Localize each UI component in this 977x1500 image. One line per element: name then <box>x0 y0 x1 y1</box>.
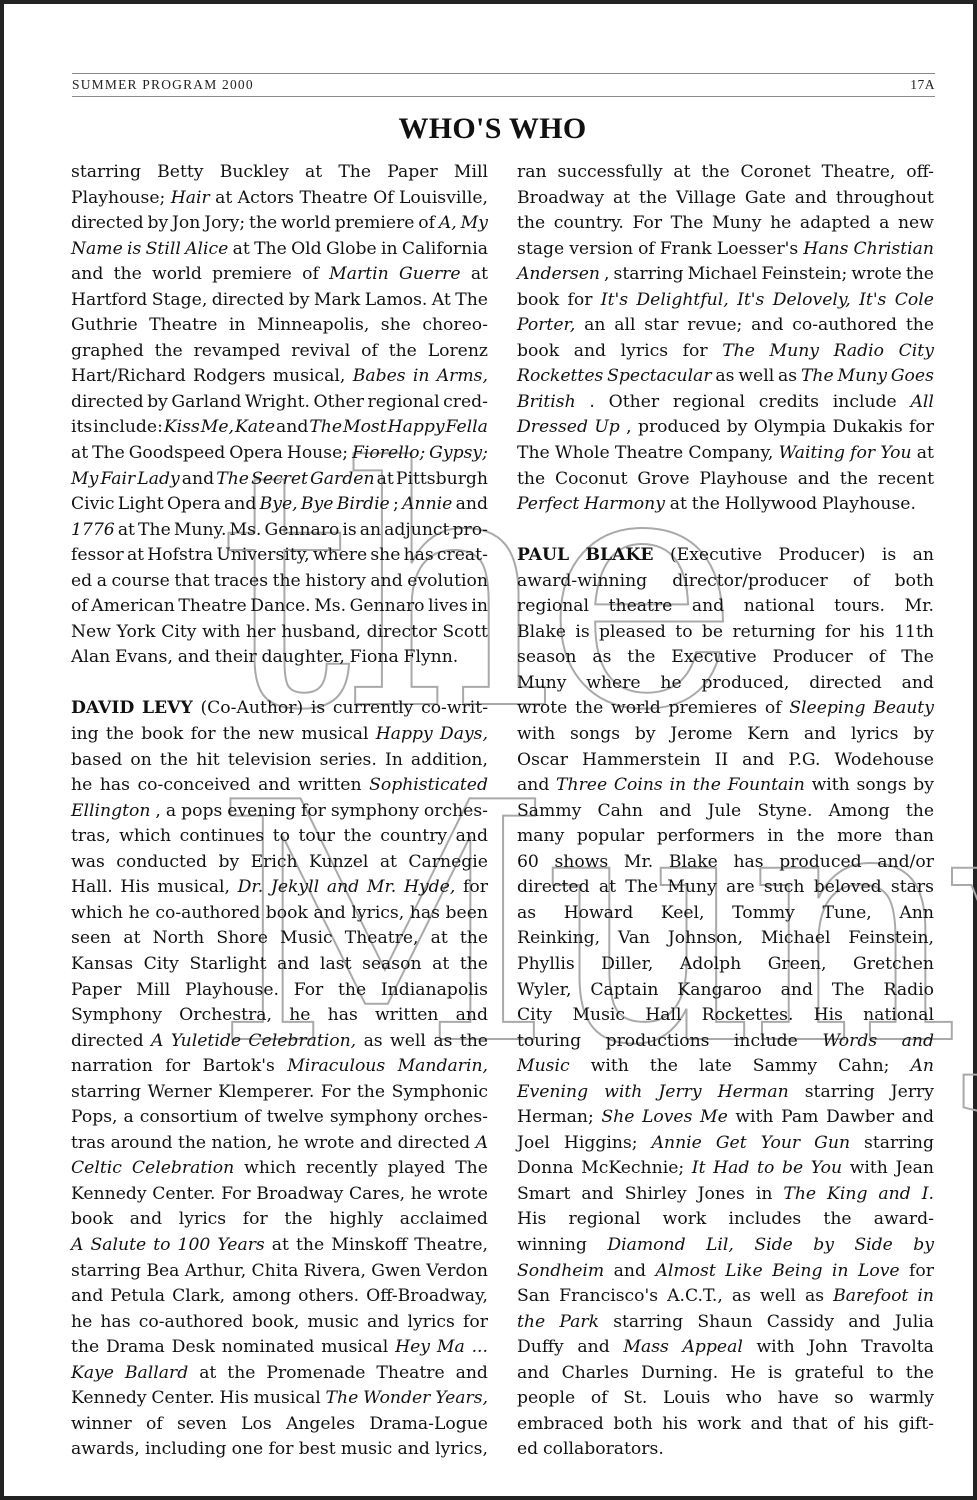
word: in <box>756 1182 773 1208</box>
word: of <box>638 237 655 263</box>
word: collaborators. <box>543 1437 664 1463</box>
word: Feinstein, <box>848 926 934 952</box>
show-title-word: Gun <box>814 1131 850 1157</box>
word: songs <box>856 773 906 799</box>
word: City <box>161 620 196 646</box>
word: co-conceived <box>138 773 251 799</box>
text-line: DuffyandMassAppealwithJohnTravolta <box>517 1335 934 1361</box>
text-line: narrationforBartok'sMiraculousMandarin, <box>71 1054 488 1080</box>
word: Producer) <box>779 543 866 569</box>
word: has <box>404 543 434 569</box>
word: The <box>254 237 287 263</box>
word: world <box>611 696 661 722</box>
word: he <box>277 1131 298 1157</box>
text-line: PaperMillPlayhouse.FortheIndianapolis <box>71 978 488 1004</box>
word: Captain <box>590 978 658 1004</box>
show-title-word: Still <box>146 237 181 263</box>
word: the <box>155 339 183 365</box>
show-title-word: You <box>811 1156 842 1182</box>
page-title: WHO'S WHO <box>4 112 977 146</box>
word: nominated <box>222 1335 315 1361</box>
word: musical <box>254 1386 321 1412</box>
word: and <box>577 1335 609 1361</box>
show-title-word: Radio <box>834 339 884 365</box>
word: twelve <box>267 1105 324 1131</box>
show-title-word: and <box>327 875 359 901</box>
word: 11th <box>894 620 934 646</box>
word: Goodspeed <box>129 441 226 467</box>
word: director <box>367 620 437 646</box>
word: at <box>127 543 144 569</box>
word: is <box>882 543 896 569</box>
word: Cares, <box>349 1182 405 1208</box>
word: Diller, <box>601 952 653 978</box>
word: directed <box>71 211 144 237</box>
word: Paper <box>71 978 121 1004</box>
word: Duffy <box>517 1335 564 1361</box>
word: Feinstein; <box>761 262 847 288</box>
word: has <box>100 773 130 799</box>
word: has <box>410 901 440 927</box>
word: award-winning <box>517 569 647 595</box>
show-title-word: Sophisticated <box>369 773 488 799</box>
word: to <box>273 824 290 850</box>
word: Cahn <box>597 799 643 825</box>
text-line: Blakeispleasedtobereturningforhis11th <box>517 620 934 646</box>
text-line: SanFrancisco'sA.C.T.,aswellasBarefootin <box>517 1284 934 1310</box>
text-line: BroadwayattheVillageGateandthroughout <box>517 186 934 212</box>
word: and <box>848 1310 880 1336</box>
word: the <box>160 748 188 774</box>
word: Durning. <box>641 1361 718 1387</box>
word: and <box>456 1361 488 1387</box>
word: Betty <box>157 160 203 186</box>
show-title-word: A <box>151 1029 163 1055</box>
paragraph-gap <box>517 518 934 544</box>
word: for <box>463 1310 488 1336</box>
show-title-word: Like <box>725 1259 763 1285</box>
word: gift- <box>898 1412 934 1438</box>
show-title-word: is <box>127 237 141 263</box>
show-title-word: Side <box>754 1233 792 1259</box>
show-title-word: Diamond <box>607 1233 685 1259</box>
text-line: peopleofSt.Louiswhohavesowarmly <box>517 1386 934 1412</box>
word: Ms. <box>314 594 346 620</box>
text-line: starringBettyBuckleyatThePaperMill <box>71 160 488 186</box>
word: House; <box>287 441 348 467</box>
word: Radio <box>884 978 934 1004</box>
right-column: ransuccessfullyattheCoronetTheatre,off-B… <box>517 160 934 1463</box>
word: Gwen <box>371 1259 421 1285</box>
word: successfully <box>557 160 662 186</box>
word: creat- <box>437 543 488 569</box>
word: orches- <box>424 1105 488 1131</box>
person-name: DAVID <box>71 696 134 722</box>
word: The <box>832 978 865 1004</box>
show-title-word: Being <box>772 1259 822 1285</box>
text-line: CivicLightOperaandBye,ByeBirdie;Annieand <box>71 492 488 518</box>
word: Coronet <box>741 160 811 186</box>
word: Theatre <box>299 186 367 212</box>
word: His <box>220 1386 249 1412</box>
word: California <box>402 237 488 263</box>
show-title-word: Fiorello; <box>352 441 425 467</box>
word: with <box>735 1105 773 1131</box>
word: Green, <box>768 952 827 978</box>
word: the <box>178 1131 206 1157</box>
word: Olympia <box>754 415 826 441</box>
word: For <box>321 1080 351 1106</box>
word: The <box>455 1156 488 1182</box>
text-line: bookandlyricsforTheMunyRadioCity <box>517 339 934 365</box>
word: nation, <box>211 1131 272 1157</box>
word: Adolph <box>680 952 741 978</box>
word: Executive <box>671 645 756 671</box>
word: Sammy <box>753 1054 817 1080</box>
word: II <box>715 748 729 774</box>
show-title-word: Barefoot <box>833 1284 908 1310</box>
text-line: whichheco-authoredbookandlyrics,hasbeen <box>71 901 488 927</box>
word: the <box>650 1054 678 1080</box>
word: and <box>902 1105 934 1131</box>
word: Reinking, <box>517 926 600 952</box>
word: and <box>71 262 103 288</box>
word: at <box>917 441 934 467</box>
word: For <box>633 211 663 237</box>
word: graphed <box>71 339 144 365</box>
text-line: withsongsbyJeromeKernandlyricsby <box>517 722 934 748</box>
text-line: basedonthehittelevisionseries.Inaddition… <box>71 748 488 774</box>
page-number: 17A <box>910 77 935 93</box>
word: among <box>232 1284 291 1310</box>
word: Playhouse. <box>185 978 279 1004</box>
word: wrote <box>304 1131 354 1157</box>
show-title-word: Beauty <box>873 696 934 722</box>
word: Donna <box>517 1156 574 1182</box>
text-line: Porter,anallstarrevue;andco-authoredthe <box>517 313 934 339</box>
word: produced, <box>701 671 789 697</box>
word: its <box>71 415 92 441</box>
word: starring <box>71 1080 141 1106</box>
word: and <box>398 1437 430 1463</box>
show-title-word: She <box>601 1105 634 1131</box>
word: husband, <box>281 620 361 646</box>
word: as <box>517 901 536 927</box>
word: Chita <box>252 1259 299 1285</box>
word: University, <box>216 543 309 569</box>
word: was <box>71 850 105 876</box>
word: and/or <box>877 850 934 876</box>
word: Kangaroo <box>677 978 761 1004</box>
show-title-word: British <box>517 390 576 416</box>
word: many <box>517 824 564 850</box>
word: book, <box>252 1310 300 1336</box>
text-line: theDramaDesknominatedmusicalHeyMa... <box>71 1335 488 1361</box>
show-title-word: Salute <box>90 1233 146 1259</box>
word: that <box>174 569 209 595</box>
word: credits <box>759 390 819 416</box>
show-title-word: Arms, <box>437 364 488 390</box>
word: by <box>913 722 934 748</box>
text-line: Wyler,CaptainKangarooandTheRadio <box>517 978 934 1004</box>
text-line: KansasCityStarlightandlastseasonatthe <box>71 952 488 978</box>
word: the <box>460 926 488 952</box>
word: the <box>906 262 934 288</box>
word: and <box>360 1131 392 1157</box>
word: tour <box>298 824 335 850</box>
text-line: stageversionofFrankLoesser'sHansChristia… <box>517 237 934 263</box>
word: at <box>377 467 394 493</box>
word: Theatre, <box>414 1233 488 1259</box>
word: Ann <box>899 901 934 927</box>
word: he <box>411 1182 432 1208</box>
word: Mill <box>454 160 488 186</box>
word: written <box>375 1003 438 1029</box>
word: Indianapolis <box>381 978 488 1004</box>
text-line: directedbyGarlandWright.Otherregionalcre… <box>71 390 488 416</box>
person-name: PAUL <box>517 543 569 569</box>
text-line: 1776atTheMuny.Ms.Gennaroisanadjunctpro- <box>71 518 488 544</box>
word: Light <box>118 492 164 518</box>
word: is <box>768 1361 782 1387</box>
word: Hall. <box>71 875 113 901</box>
show-title-word: to <box>153 1233 170 1259</box>
word: North <box>153 926 205 952</box>
word: produced <box>638 415 720 441</box>
word: and <box>71 1284 103 1310</box>
word: which <box>244 1156 296 1182</box>
word: Lorenz <box>428 339 488 365</box>
word: Alan <box>71 645 110 671</box>
text-line: wrotetheworldpremieresofSleepingBeauty <box>517 696 934 722</box>
show-title-word: Lady <box>137 467 179 493</box>
show-title-word: Ellington <box>71 799 150 825</box>
word: of <box>244 1105 261 1131</box>
word: continues <box>180 824 265 850</box>
show-title-word: Cole <box>895 288 934 314</box>
word: the <box>639 186 667 212</box>
show-title-word: Secret <box>251 467 308 493</box>
show-title-word: It's <box>737 288 764 314</box>
word: of <box>853 569 870 595</box>
text-line: ofAmericanTheatreDance.Ms.Gennarolivesin <box>71 594 488 620</box>
word: Muny <box>712 211 761 237</box>
word: starring <box>71 160 141 186</box>
word: Herman; <box>517 1105 594 1131</box>
word: with <box>756 1335 794 1361</box>
text-line: asHowardKeel,TommyTune,Ann <box>517 901 934 927</box>
word: the <box>114 262 142 288</box>
word: than <box>895 824 934 850</box>
word: others. <box>298 1284 359 1310</box>
word: produced <box>779 850 861 876</box>
show-title-word: Annie <box>402 492 452 518</box>
word: Off-Broadway, <box>366 1284 488 1310</box>
word: co-authored <box>155 901 260 927</box>
word: in <box>767 824 784 850</box>
text-line: directedAYuletideCelebration,aswellasthe <box>71 1029 488 1055</box>
word: Theatre <box>376 1361 444 1387</box>
text-line: award-winningdirector/producerofboth <box>517 569 934 595</box>
word: is <box>575 620 589 646</box>
text-line: SmartandShirleyJonesinTheKingandI. <box>517 1182 934 1208</box>
word: Louisville, <box>399 186 488 212</box>
word: for <box>909 415 934 441</box>
word: on <box>130 748 151 774</box>
show-title-word: Evening <box>517 1080 588 1106</box>
word: Mr. <box>624 850 653 876</box>
word: Blake <box>517 620 566 646</box>
word: San <box>517 1284 550 1310</box>
word: Other <box>314 390 364 416</box>
word: revamped <box>194 339 281 365</box>
word: as <box>592 645 611 671</box>
word: Jean <box>896 1156 934 1182</box>
word: Theatre, <box>345 926 419 952</box>
word: musical, <box>273 364 346 390</box>
show-title-word: Muny <box>838 364 887 390</box>
word: Loesser's <box>717 237 799 263</box>
word: Evans, <box>115 645 173 671</box>
show-title-word: Gypsy; <box>429 441 488 467</box>
word: he <box>660 671 681 697</box>
word: and <box>182 467 214 493</box>
show-title-word: Kate <box>235 415 275 441</box>
show-title-word: An <box>910 1054 933 1080</box>
word: with <box>202 620 240 646</box>
word: Mark <box>314 288 360 314</box>
show-title-word: by <box>813 1233 834 1259</box>
word: of <box>146 1412 163 1438</box>
word: season <box>362 952 421 978</box>
show-title-word: It <box>692 1156 706 1182</box>
word: Angeles <box>286 1412 355 1438</box>
word: Center. <box>151 1386 214 1412</box>
word: . <box>589 390 594 416</box>
word: and <box>277 952 309 978</box>
word: wrote <box>517 696 567 722</box>
word: Other <box>609 390 659 416</box>
show-title-word: Dr. <box>238 875 264 901</box>
show-title-word: Up <box>594 415 620 441</box>
show-title-word: in <box>917 1284 934 1310</box>
word: Gretchen <box>853 952 934 978</box>
word: wrote <box>438 1182 488 1208</box>
word: course <box>112 569 170 595</box>
word: which <box>119 824 171 850</box>
word: lives <box>428 594 468 620</box>
word: in <box>381 237 398 263</box>
show-title-word: Dressed <box>517 415 588 441</box>
show-title-word: for <box>850 441 875 467</box>
show-title-word: Almost <box>655 1259 715 1285</box>
word: Pittsburgh <box>396 467 488 493</box>
word: country <box>380 824 447 850</box>
show-title-word: Annie <box>652 1131 702 1157</box>
word: Verdon <box>426 1259 488 1285</box>
word: has <box>328 1003 358 1029</box>
text-line: KayeBallardatthePromenadeTheatreand <box>71 1361 488 1387</box>
word: the <box>227 1361 255 1387</box>
show-title-word: the <box>517 1310 545 1336</box>
word: recently <box>306 1156 377 1182</box>
show-title-word: A, <box>439 211 457 237</box>
word: Desk <box>172 1335 215 1361</box>
text-line: British.OtherregionalcreditsincludeAll <box>517 390 934 416</box>
word: by <box>913 773 934 799</box>
word: well <box>738 364 774 390</box>
show-title-word: Bye <box>301 492 334 518</box>
word: work <box>697 1412 741 1438</box>
word: their <box>215 645 257 671</box>
running-header: SUMMER PROGRAM 2000 17A <box>72 73 935 97</box>
show-title-word: Ma <box>437 1335 465 1361</box>
text-line: KennedyCenter.HismusicalTheWonderYears, <box>71 1386 488 1412</box>
text-line: SymphonyOrchestra,hehaswrittenand <box>71 1003 488 1029</box>
word: off- <box>906 160 934 186</box>
text-line: Andersen,starringMichaelFeinstein;wrotet… <box>517 262 934 288</box>
word: St. <box>623 1386 647 1412</box>
word: Shirley <box>625 1182 687 1208</box>
word: so <box>834 1386 853 1412</box>
word: at <box>431 926 448 952</box>
word: as <box>805 1284 824 1310</box>
text-line: CityMusicHallRockettes.Hisnational <box>517 1003 934 1029</box>
word: The <box>671 211 704 237</box>
word: a <box>97 569 107 595</box>
word: starring <box>805 1080 875 1106</box>
text-line: PerfectHarmonyattheHollywoodPlayhouse. <box>517 492 934 518</box>
show-title-word: in <box>413 364 430 390</box>
show-title-word: Miraculous <box>287 1054 385 1080</box>
word: at <box>199 1361 216 1387</box>
word: City <box>517 1003 552 1029</box>
word: Louis <box>663 1386 710 1412</box>
word: as <box>715 364 734 390</box>
show-title-word: The <box>309 415 342 441</box>
word: Carnegie <box>408 850 488 876</box>
word: Higgins; <box>564 1131 638 1157</box>
word: around <box>111 1131 173 1157</box>
show-title-word: Name <box>71 237 123 263</box>
word: The <box>138 518 171 544</box>
word: and <box>313 901 345 927</box>
word: the <box>389 339 417 365</box>
word: and <box>224 492 256 518</box>
text-line: edacoursethattracesthehistoryandevolutio… <box>71 569 488 595</box>
word: Orchestra, <box>179 1003 272 1029</box>
word: the <box>273 569 301 595</box>
word: an <box>360 518 381 544</box>
word: premieres <box>669 696 758 722</box>
show-title-word: Jerry <box>658 1080 701 1106</box>
word: regional <box>368 390 440 416</box>
word: as <box>433 1029 452 1055</box>
word: the <box>906 313 934 339</box>
show-title-word: The <box>801 364 834 390</box>
show-title-word: in <box>832 1259 849 1285</box>
word: country. <box>554 211 624 237</box>
word: with <box>591 1054 629 1080</box>
show-title-word: Music <box>517 1054 570 1080</box>
word: Cahn; <box>838 1054 889 1080</box>
word: New <box>71 620 111 646</box>
word: who <box>726 1386 762 1412</box>
text-line: tras,whichcontinuestotourthecountryand <box>71 824 488 850</box>
text-line: directedatTheMunyaresuchbelovedstars <box>517 875 934 901</box>
word: Gate <box>745 186 786 212</box>
text-line: HartfordStage,directedbyMarkLamos.AtThe <box>71 288 488 314</box>
